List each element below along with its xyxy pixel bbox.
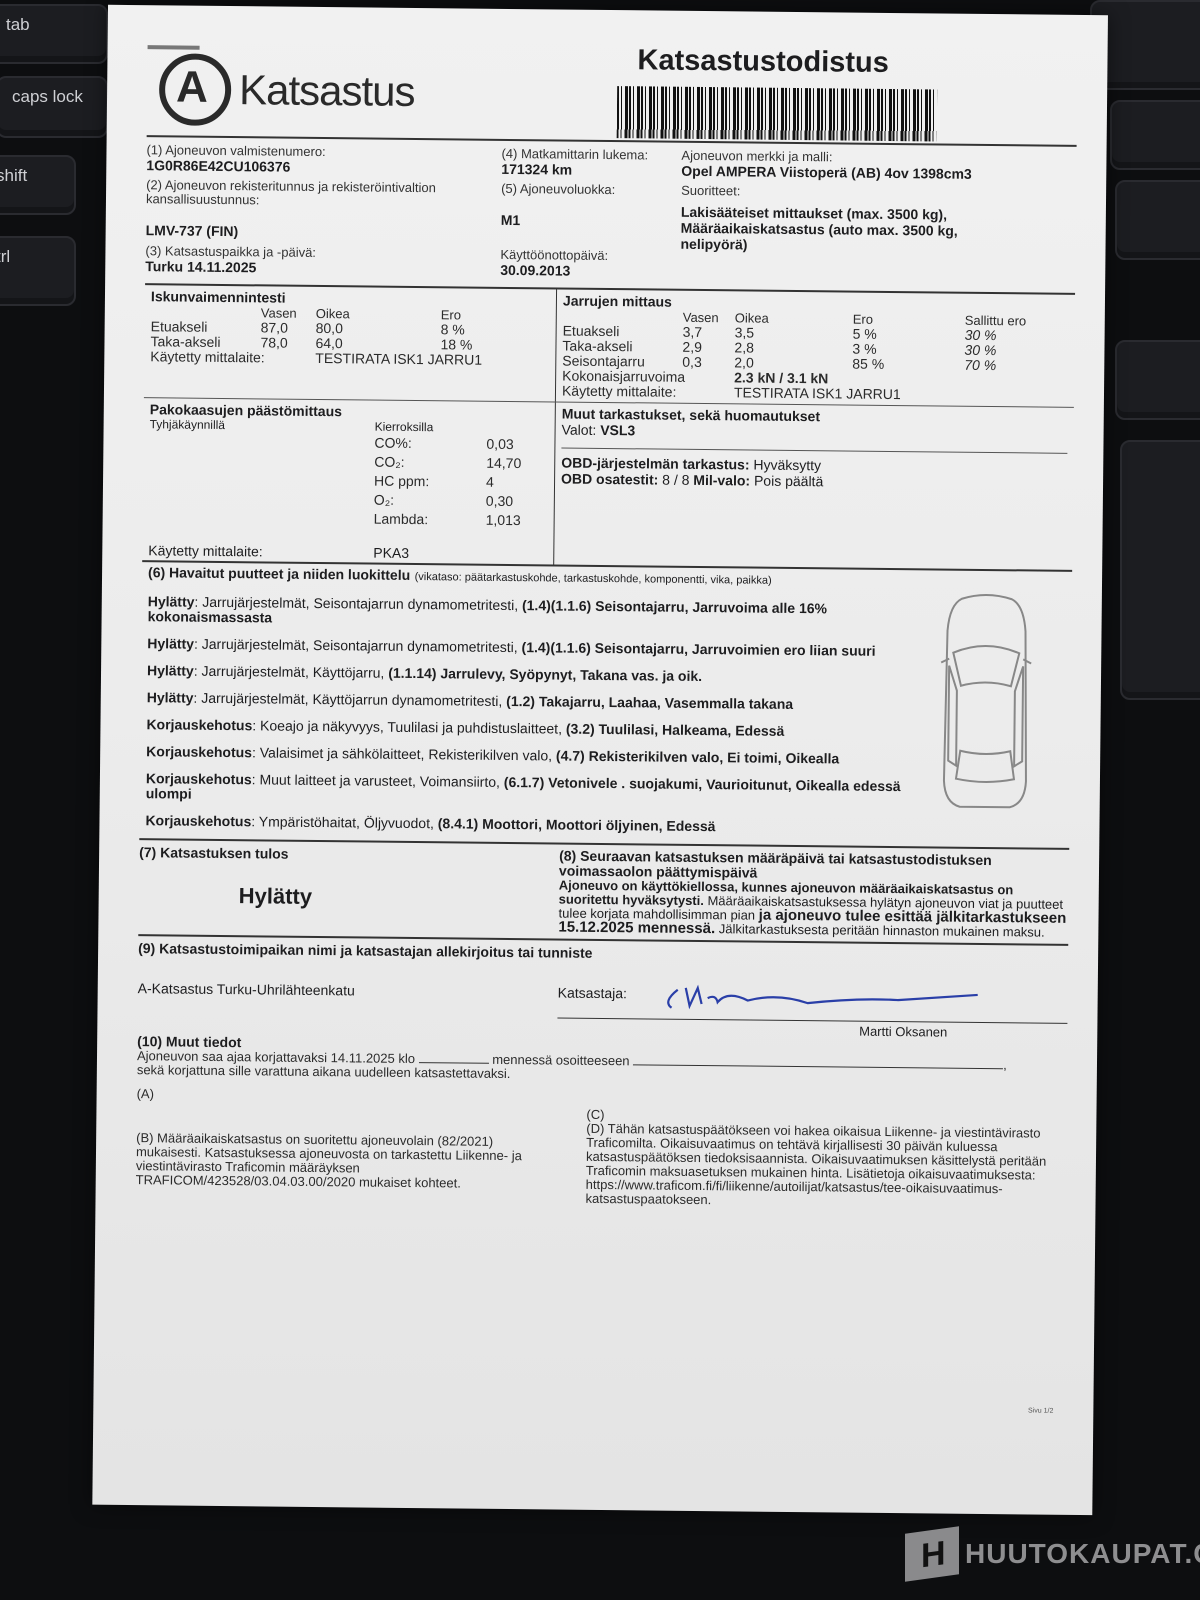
- huutokaupat-logo-icon: [905, 1526, 959, 1582]
- defect-level: Hylätty: [147, 662, 194, 678]
- cell: 0,30: [486, 492, 521, 511]
- defects-section: (6) Havaitut puutteet ja niiden luokitte…: [139, 562, 1072, 840]
- a-logo-icon: [159, 53, 232, 126]
- vehicle-info: (1) Ajoneuvon valmistenumero:1G0R86E42CU…: [145, 137, 1076, 293]
- device-value: TESTIRATA ISK1 JARRU1: [734, 385, 1026, 403]
- obd-sub-label: OBD osatestit:: [561, 471, 658, 488]
- barcode: [617, 86, 938, 141]
- defect-item: Hylätty: Jarrujärjestelmät, Seisontajarr…: [148, 594, 908, 632]
- device-label: Käytetty mittalaite:: [150, 349, 315, 366]
- cell: O₂:: [374, 491, 486, 511]
- key-label: shift: [0, 167, 60, 184]
- defects-note: (vikataso: päätarkastuskohde, tarkastusk…: [415, 571, 772, 587]
- first-use-value: 30.09.2013: [500, 262, 680, 280]
- cell: CO%:: [374, 434, 486, 454]
- key-label: caps lock: [12, 88, 92, 105]
- defect-level: Korjauskehotus: [145, 812, 251, 829]
- page-number: Sivu 1/2: [1028, 1407, 1053, 1414]
- keyboard-key: [1120, 440, 1200, 700]
- other-info-section: (10) Muut tiedot Ajoneuvon saa ajaa korj…: [136, 1033, 1068, 1211]
- device-value: PKA3: [373, 545, 409, 561]
- document-title: Katsastustodistus: [637, 44, 889, 80]
- defect-item: Hylätty: Jarrujärjestelmät, Seisontajarr…: [147, 636, 907, 659]
- defect-level: Korjauskehotus: [146, 743, 252, 760]
- signature-section: A-Katsastus Turku-Uhrilähteenkatu Katsas…: [137, 956, 1068, 1041]
- result-value: Hylätty: [239, 883, 559, 912]
- defect-code: (1.1.14) Jarrulevy, Syöpynyt, Takana vas…: [388, 665, 702, 684]
- reg-value: LMV-737 (FIN): [146, 222, 501, 242]
- note-d: (D) Tähän katsastuspäätökseen voi hakea …: [585, 1122, 1056, 1211]
- divider: [561, 448, 1067, 454]
- defect-list: Hylätty: Jarrujärjestelmät, Seisontajarr…: [145, 594, 1065, 838]
- defect-code: (8.4.1) Moottori, Moottori öljyinen, Ede…: [438, 815, 716, 834]
- table-row: Lambda:1,013: [374, 510, 521, 531]
- performed-value: Lakisääteiset mittaukset (max. 3500 kg),…: [680, 204, 1000, 255]
- defect-item: Korjauskehotus: Ympäristöhaitat, Öljyvuo…: [145, 813, 905, 836]
- device-label: Käytetty mittalaite:: [562, 384, 734, 401]
- class-label: (5) Ajoneuvoluokka:: [501, 182, 681, 198]
- car-diagram-icon: [930, 590, 1042, 811]
- obd-label: OBD-järjestelmän tarkastus:: [561, 455, 749, 473]
- obd-sub-value: 8 / 8: [662, 472, 689, 488]
- keyboard-key-caps-lock: caps lock: [0, 76, 108, 138]
- a-katsastus-logo: Katsastus: [159, 53, 415, 128]
- defect-item: Korjauskehotus: Koeajo ja näkyvyys, Tuul…: [146, 717, 906, 740]
- cell: 4: [486, 473, 521, 492]
- defect-desc: Jarrujärjestelmät, Seisontajarrun dynamo…: [202, 636, 518, 655]
- handwritten-signature-icon: [657, 980, 987, 1019]
- defect-level: Hylätty: [147, 635, 194, 651]
- brakes-table: VasenOikeaEroSallittu ero Etuakseli3,73,…: [562, 309, 1026, 404]
- table-row: O₂:0,30: [374, 491, 521, 512]
- emissions-test: Pakokaasujen päästömittaus Tyhjäkäynnill…: [142, 398, 556, 564]
- defect-item: Hylätty: Jarrujärjestelmät, Käyttöjarru,…: [147, 663, 907, 686]
- table-row: HC ppm:4: [374, 472, 521, 493]
- cell: 85 %: [852, 357, 964, 373]
- rpm-label: Kierroksilla: [375, 420, 434, 435]
- cell: 70 %: [964, 358, 1026, 374]
- defect-code: (3.2) Tuulilasi, Halkeama, Edessä: [566, 721, 785, 739]
- emissions-and-other: Pakokaasujen päästömittaus Tyhjäkäynnill…: [142, 398, 1074, 570]
- defect-desc: Ympäristöhaitat, Öljyvuodot,: [259, 813, 434, 831]
- place-value: Turku 14.11.2025: [145, 258, 500, 278]
- device-value: TESTIRATA ISK1 JARRU1: [315, 351, 482, 368]
- defect-desc: Valaisimet ja sähkölaitteet, Rekisteriki…: [260, 744, 552, 763]
- cell: Lambda:: [374, 510, 486, 530]
- other-checks: Muut tarkastukset, sekä huomautukset Val…: [554, 402, 1074, 569]
- defect-desc: Jarrujärjestelmät, Käyttöjarrun dynamome…: [201, 690, 502, 709]
- class-value: M1: [501, 212, 681, 230]
- table-row: Käytetty mittalaite:TESTIRATA ISK1 JARRU…: [150, 349, 482, 367]
- brake-test: Jarrujen mittaus VasenOikeaEroSallittu e…: [556, 289, 1075, 406]
- defect-level: Korjauskehotus: [146, 716, 252, 733]
- logo-text: Katsastus: [239, 66, 415, 116]
- shock-absorber-test: Iskunvaimennintesti VasenOikeaEro Etuaks…: [144, 285, 557, 401]
- result-section: (7) Katsastuksen tulos Hylätty (8) Seura…: [138, 840, 1069, 940]
- defects-title: (6) Havaitut puutteet ja niiden luokitte…: [148, 564, 410, 583]
- cell: HC ppm:: [374, 472, 486, 492]
- cell: 0,03: [486, 435, 521, 454]
- reg-label: (2) Ajoneuvon rekisteritunnus ja rekiste…: [146, 178, 466, 209]
- note-b: (B) Määräaikaiskatsastus on suoritettu a…: [136, 1131, 557, 1191]
- lights-label: Valot:: [562, 422, 597, 438]
- next-inspection: (8) Seuraavan katsastuksen määräpäivä ta…: [558, 849, 1069, 940]
- mil-value: Pois päältä: [754, 473, 823, 490]
- defect-code: (1.2) Takajarru, Laahaa, Vasemmalla taka…: [506, 693, 793, 712]
- vin-value: 1G0R86E42CU106376: [146, 157, 501, 177]
- keyboard-key-ctrl: trl: [0, 236, 76, 306]
- keyboard-key: [1115, 340, 1200, 420]
- defect-item: Korjauskehotus: Muut laitteet ja varuste…: [146, 771, 906, 809]
- defect-desc: Jarrujärjestelmät, Käyttöjarru,: [201, 663, 384, 681]
- inspector-label: Katsastaja:: [558, 985, 627, 1002]
- cell: CO₂:: [374, 453, 486, 473]
- measurements: Iskunvaimennintesti VasenOikeaEro Etuaks…: [144, 285, 1075, 407]
- cell: 1,013: [486, 511, 521, 530]
- defect-level: Hylätty: [147, 689, 194, 705]
- document-header: Katsastus Katsastustodistus: [147, 25, 1078, 145]
- address-label: mennessä osoitteeseen: [492, 1052, 629, 1068]
- mil-label: Mil-valo:: [693, 472, 750, 489]
- time-blank[interactable]: [419, 1062, 489, 1064]
- table-row: CO₂:14,70: [374, 453, 521, 474]
- make-value: Opel AMPERA Viistoperä (AB) 4ov 1398cm3: [681, 163, 1076, 183]
- obd-value: Hyväksytty: [753, 457, 821, 474]
- watermark: HUUTOKAUPAT.COM: [905, 1530, 1200, 1578]
- lights-value: VSL3: [600, 422, 635, 438]
- device-label: Käytetty mittalaite:: [148, 542, 373, 560]
- defect-code: (4.7) Rekisterikilven valo, Ei toimi, Oi…: [556, 747, 839, 766]
- key-label: trl: [0, 248, 60, 265]
- shock-table: VasenOikeaEro Etuakseli87,080,08 % Taka-…: [150, 304, 482, 367]
- defect-code: (1.4)(1.1.6) Seisontajarru, Jarruvoimien…: [522, 639, 876, 659]
- address-blank[interactable]: [633, 1064, 1003, 1069]
- keyboard-key: [1115, 180, 1200, 260]
- defect-desc: Koeajo ja näkyvyys, Tuulilasi ja puhdist…: [260, 717, 562, 736]
- keyboard-key: [1110, 100, 1200, 170]
- defect-item: Korjauskehotus: Valaisimet ja sähkölaitt…: [146, 744, 906, 767]
- performed-label: Suoritteet:: [681, 184, 1076, 202]
- fee-notice: Jälkitarkastuksesta peritään hinnaston m…: [719, 921, 1045, 939]
- cell: 78,0: [260, 335, 315, 351]
- defect-level: Hylätty: [148, 593, 195, 609]
- result-title: (7) Katsastuksen tulos: [139, 844, 559, 864]
- emissions-table: CO%:0,03 CO₂:14,70 HC ppm:4 O₂:0,30 Lamb…: [374, 434, 522, 531]
- defect-item: Hylätty: Jarrujärjestelmät, Käyttöjarrun…: [147, 690, 907, 713]
- defect-desc: Muut laitteet ja varusteet, Voimansiirto…: [259, 771, 500, 790]
- note-a: (A): [137, 1087, 587, 1106]
- pen-mark: [148, 45, 200, 50]
- key-label: tab: [6, 16, 92, 33]
- watermark-text: HUUTOKAUPAT.COM: [965, 1538, 1200, 1570]
- table-row: CO%:0,03: [374, 434, 521, 455]
- signature-line: Katsastaja:: [557, 985, 1067, 1024]
- idle-label: Tyhjäkäynnillä: [150, 417, 375, 433]
- cell: 0,3: [682, 355, 734, 371]
- inspection-certificate: Katsastus Katsastustodistus (1) Ajoneuvo…: [92, 5, 1108, 1515]
- station-name: A-Katsastus Turku-Uhrilähteenkatu: [137, 980, 558, 1035]
- keyboard-key-tab: tab: [0, 4, 108, 64]
- keyboard-key-shift: shift: [0, 155, 76, 215]
- odometer-value: 171324 km: [501, 161, 681, 179]
- cell: 14,70: [486, 454, 521, 473]
